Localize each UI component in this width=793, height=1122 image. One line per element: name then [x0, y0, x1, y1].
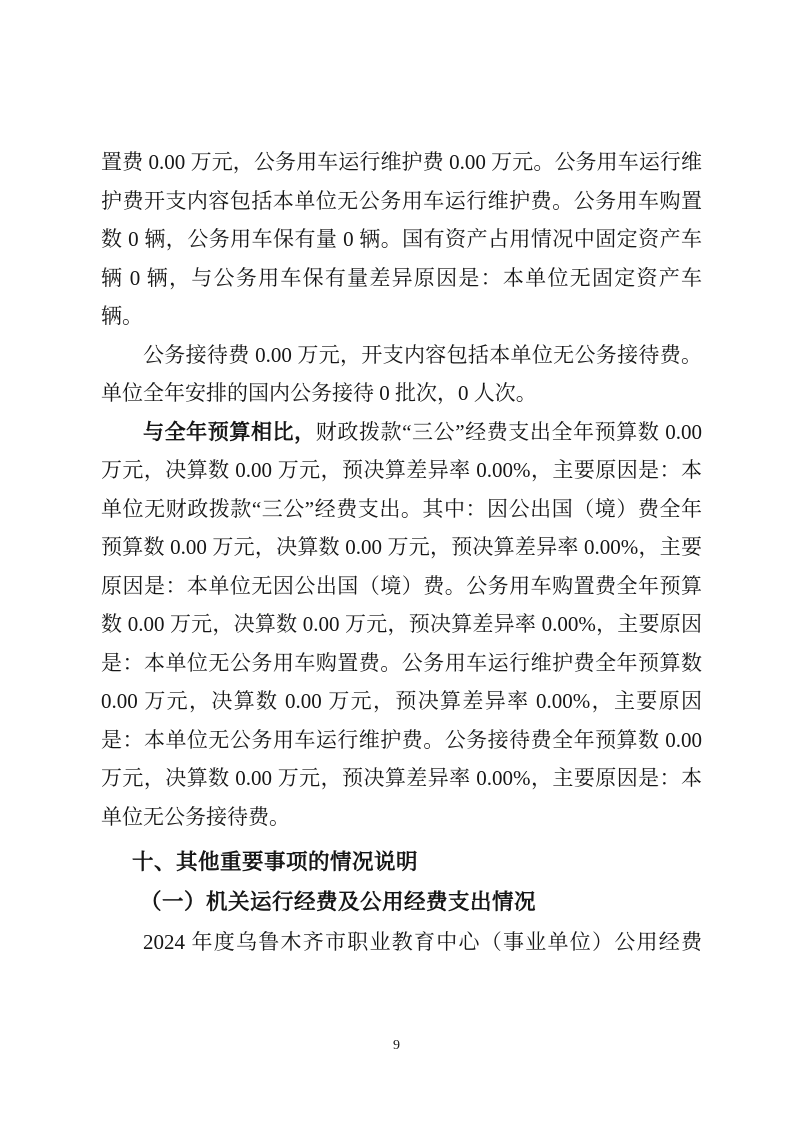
document-page: 置费 0.00 万元，公务用车运行维护费 0.00 万元。公务用车运行维护费开支…: [0, 0, 793, 1122]
budget-comparison-body: 财政拨款“三公”经费支出全年预算数 0.00 万元，决算数 0.00 万元，预决…: [101, 420, 702, 829]
section-heading-other-important-matters: 十、其他重要事项的情况说明: [101, 843, 702, 882]
page-footer: 9: [0, 1036, 793, 1054]
paragraph-vehicle-carryover: 置费 0.00 万元，公务用车运行维护费 0.00 万元。公务用车运行维护费开支…: [101, 143, 702, 336]
subsection-heading-operating-expense: （一）机关运行经费及公用经费支出情况: [101, 883, 702, 922]
page-body: 置费 0.00 万元，公务用车运行维护费 0.00 万元。公务用车运行维护费开支…: [101, 143, 702, 962]
budget-comparison-lead: 与全年预算相比，: [143, 420, 316, 444]
paragraph-budget-comparison: 与全年预算相比，财政拨款“三公”经费支出全年预算数 0.00 万元，决算数 0.…: [101, 413, 702, 837]
page-number: 9: [393, 1038, 400, 1053]
paragraph-official-reception: 公务接待费 0.00 万元，开支内容包括本单位无公务接待费。单位全年安排的国内公…: [101, 336, 702, 413]
paragraph-public-expense-2024: 2024 年度乌鲁木齐市职业教育中心（事业单位）公用经费: [101, 923, 702, 962]
